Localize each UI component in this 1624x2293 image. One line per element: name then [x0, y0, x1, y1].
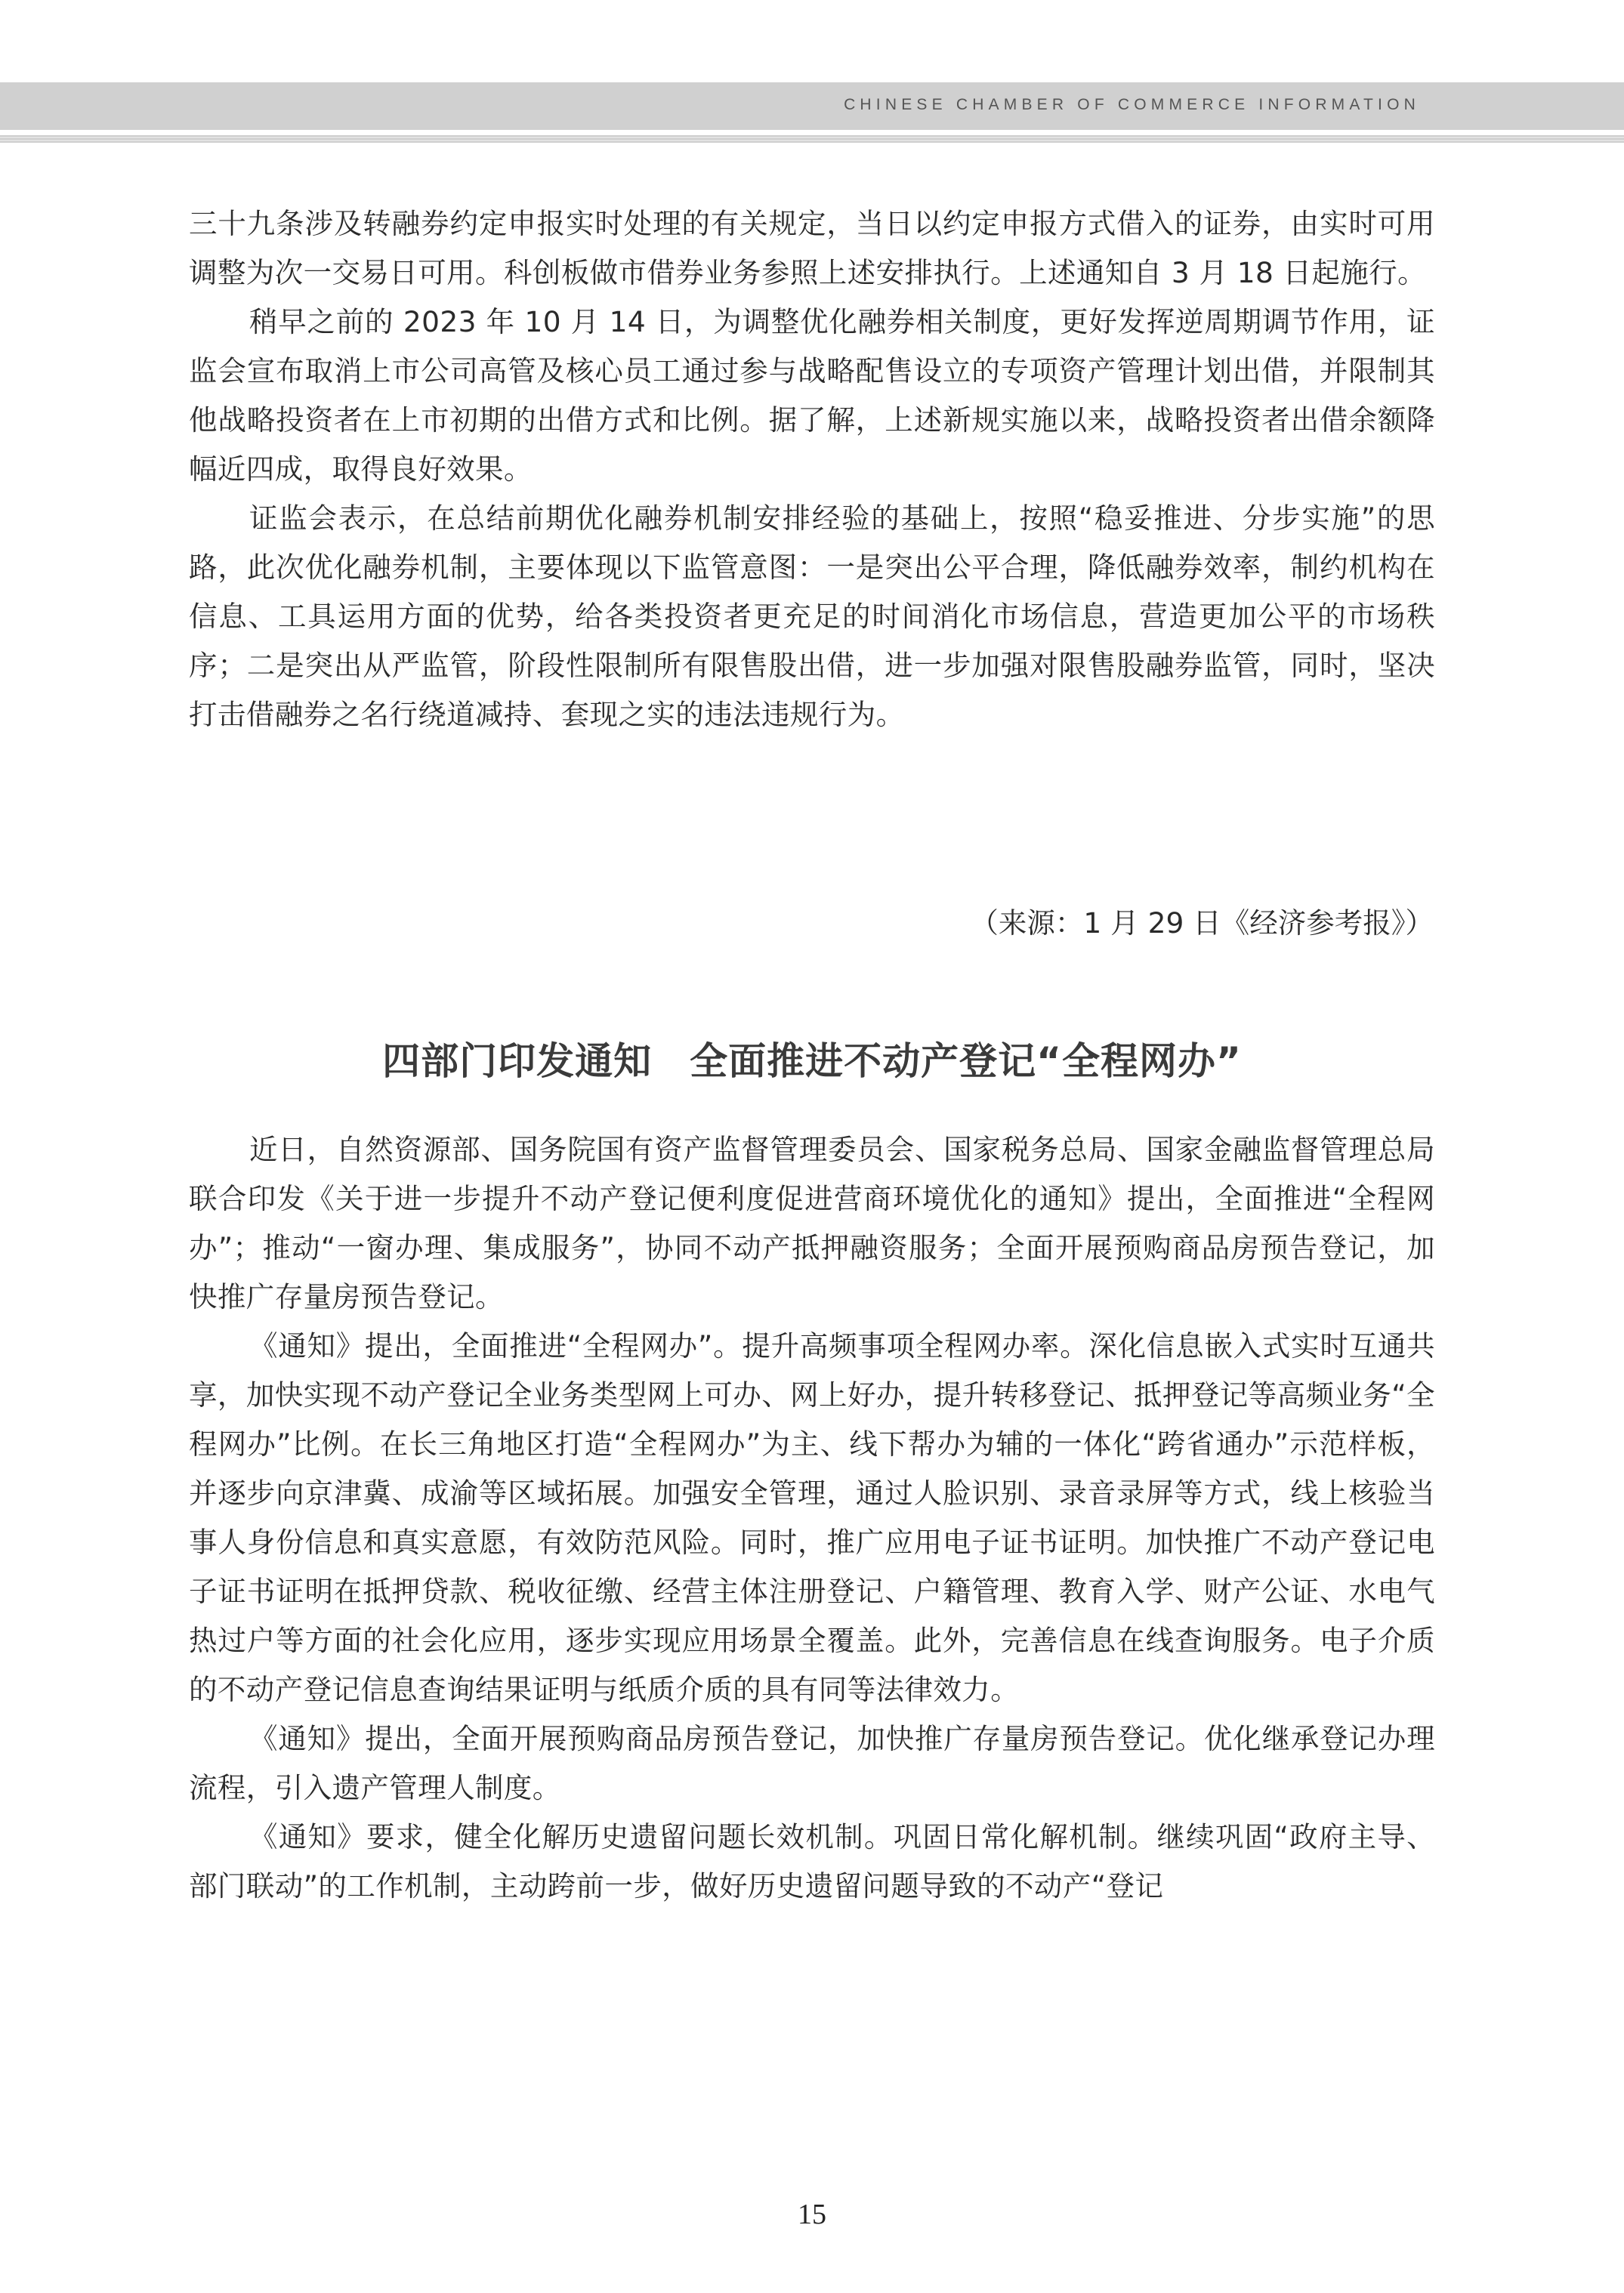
page-number: 15 — [0, 2198, 1624, 2231]
title-part-2: 全面推进不动产登记“全程网办” — [690, 1039, 1242, 1083]
header-divider — [0, 135, 1624, 143]
paragraph: 《通知》提出，全面推进“全程网办”。提升高频事项全程网办率。深化信息嵌入式实时互… — [189, 1322, 1435, 1714]
paragraph: 稍早之前的 2023 年 10 月 14 日，为调整优化融券相关制度，更好发挥逆… — [189, 298, 1435, 494]
title-part-1: 四部门印发通知 — [382, 1039, 652, 1083]
article-continued: 三十九条涉及转融券约定申报实时处理的有关规定，当日以约定申报方式借入的证券，由实… — [189, 199, 1435, 739]
publication-name: CHINESE CHAMBER OF COMMERCE INFORMATION — [844, 96, 1420, 114]
paragraph: 《通知》要求，健全化解历史遗留问题长效机制。巩固日常化解机制。继续巩固“政府主导… — [189, 1813, 1435, 1911]
paragraph: 近日，自然资源部、国务院国有资产监督管理委员会、国家税务总局、国家金融监督管理总… — [189, 1125, 1435, 1322]
article-title: 四部门印发通知全面推进不动产登记“全程网办” — [0, 1031, 1624, 1085]
paragraph: 三十九条涉及转融券约定申报实时处理的有关规定，当日以约定申报方式借入的证券，由实… — [189, 199, 1435, 298]
paragraph: 证监会表示，在总结前期优化融券机制安排经验的基础上，按照“稳妥推进、分步实施”的… — [189, 494, 1435, 739]
article-body: 近日，自然资源部、国务院国有资产监督管理委员会、国家税务总局、国家金融监督管理总… — [189, 1125, 1435, 1911]
paragraph: 《通知》提出，全面开展预购商品房预告登记，加快推广存量房预告登记。优化继承登记办… — [189, 1714, 1435, 1813]
article-source: （来源：1 月 29 日《经济参考报》） — [970, 899, 1434, 948]
